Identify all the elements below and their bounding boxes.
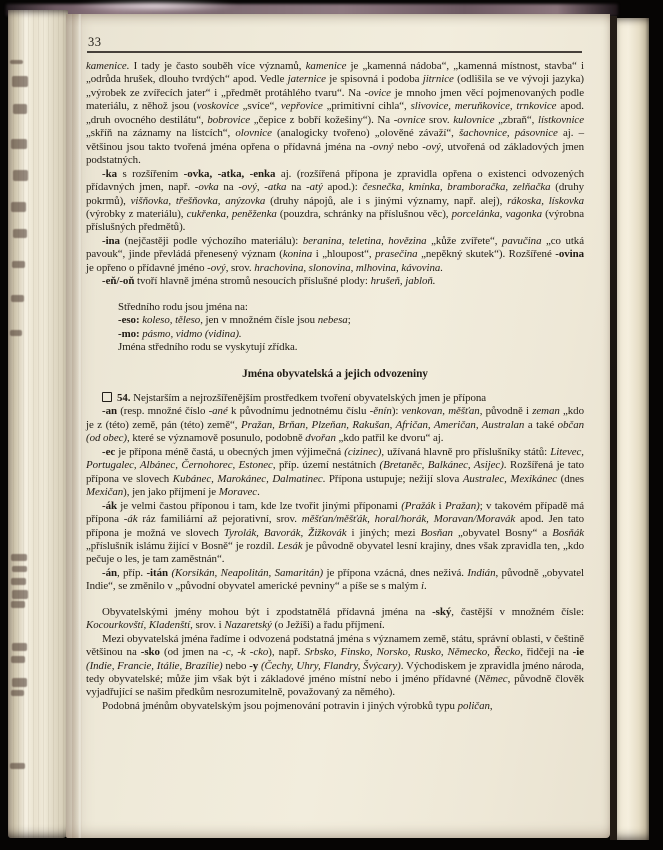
text-run: bobrovice	[207, 114, 250, 126]
text-run: , srov. i	[190, 619, 224, 631]
paragraph-sky: Obyvatelskými jmény mohou být i zpodstat…	[86, 606, 584, 633]
text-run: .	[257, 486, 260, 498]
text-run: -ový	[238, 181, 257, 193]
text-run: , řidčeji na	[520, 646, 572, 658]
text-run: slivovice, meruňkovice, trnkovice	[411, 100, 557, 112]
paragraph-an-itan: -án, příp. -itán (Korsikán, Neapolitán, …	[86, 567, 584, 594]
paragraph-kamenice: kamenice. I tady je často souběh více vý…	[86, 60, 584, 168]
text-run: višňovka, třešňovka, anýzovka	[131, 195, 266, 207]
text-run: Kubánec, Marokánec, Dalmatinec	[173, 473, 323, 485]
text-run: (pouzdra, schránky na příslušnou věc),	[277, 208, 452, 220]
text-run: vepřovice	[281, 100, 323, 112]
text-run: (Korsikán, Neapolitán, Samaritán)	[171, 567, 323, 579]
text-run: , příp. území nestátních	[273, 459, 380, 471]
section-marker-square-icon	[102, 392, 112, 402]
text-run: -mo:	[118, 328, 140, 340]
text-run: cukřenka, peněženka	[187, 208, 277, 220]
text-run: Srbsko, Finsko, Norsko, Rusko, Německo, …	[304, 646, 520, 658]
text-run: je přípona vzácná, dnes neživá.	[323, 567, 467, 579]
book-top-highlight	[70, 0, 240, 12]
page-edge-ink-mark	[11, 601, 25, 608]
page-edge-ink-mark	[11, 690, 24, 696]
paragraph-ina: -ina (nejčastěji podle výchozího materiá…	[86, 235, 584, 275]
text-run: je spisovná i podoba	[326, 73, 423, 85]
text-run: pásmo, vidmo (vidina).	[142, 328, 241, 340]
text-run: -ovný	[369, 141, 393, 153]
text-run: Jména obyvatelská a jejich odvozeniny	[242, 368, 428, 380]
text-run: -atý	[306, 181, 323, 193]
text-run: česnečka, kmínka, bramboračka, zelňačka	[362, 181, 550, 193]
text-run: „skříň na záznamy na lístcích“,	[86, 127, 235, 139]
text-run: zeman	[532, 405, 560, 417]
page-edge-ink-mark	[12, 678, 27, 687]
text-run: koleso, těleso	[142, 314, 200, 326]
page-edge-ink-mark	[13, 229, 27, 238]
text-run: a také	[524, 419, 557, 431]
text-run: Středního rodu jsou jména na:	[118, 301, 248, 313]
paragraph-54-intro: 54. Nejstarším a nejrozšířenějším prostř…	[86, 392, 584, 405]
text-run: „čepice z bobří kožešiny“). Na	[250, 114, 394, 126]
text-run: -ie	[573, 646, 584, 658]
text-run: konina	[283, 248, 312, 260]
text-run: (dnes	[557, 473, 584, 485]
text-run: 54.	[117, 392, 130, 404]
page-edge-ink-mark	[13, 170, 28, 181]
text-run: (o Ježíši) a řadu příjmení.	[272, 619, 385, 631]
text-run: -ák	[102, 500, 117, 512]
text-run: , častější v množném čísle:	[451, 606, 584, 618]
text-run: (Pražák	[401, 500, 435, 512]
page-edge-ink-mark	[12, 76, 28, 87]
text-run: -ovnice	[394, 114, 426, 126]
page-edge-ink-mark	[11, 656, 25, 663]
text-run: (cizinec)	[344, 446, 381, 458]
text-run: -itán	[146, 567, 168, 579]
text-run: Moravec	[219, 486, 257, 498]
text-run: Pražan, Brňan, Plzeňan, Rakušan, Afričan…	[241, 419, 524, 431]
text-run: je přípona méně častá, u obecných jmen v…	[115, 446, 344, 458]
page-number: 33	[88, 35, 102, 50]
text-run: (druhy nápojů, ale i s jinými významy, n…	[265, 195, 507, 207]
text-run: „zbraň“,	[495, 114, 538, 126]
text-run: -eso:	[118, 314, 140, 326]
text-run: (analogicky tvořeno) „olověné závaží“,	[272, 127, 459, 139]
text-run: (resp. množné číslo	[117, 405, 209, 417]
text-run: , příp.	[117, 567, 147, 579]
text-run: (Čechy, Uhry, Flandry, Švýcary)	[261, 660, 401, 672]
page-edge-ink-mark	[10, 60, 23, 64]
text-run: „svíce“,	[239, 100, 281, 112]
text-run: , jen v množném čísle jsou	[200, 314, 318, 326]
text-run: srov.	[425, 114, 453, 126]
line-stredniho-rodu: Středního rodu jsou jména na:	[118, 301, 584, 314]
text-run: Bosňan	[421, 527, 453, 539]
paragraph-ak: -ák je velmi častou příponou i tam, kde …	[86, 500, 584, 567]
page-edge-ink-mark	[11, 295, 24, 302]
text-run: „kdo patřil ke dvoru“ aj.	[336, 432, 444, 444]
page-edge-ink-mark	[12, 261, 25, 268]
page-edge-ink-mark	[11, 202, 26, 212]
text-run: -c, -k -cko	[222, 646, 268, 658]
text-run: je velmi častou příponou i tam, kde lze …	[117, 500, 401, 512]
text-run: ,	[490, 700, 493, 712]
text-run: ráz familiární až pejorativní, srov.	[138, 513, 302, 525]
text-run: voskovice	[197, 100, 239, 112]
text-run: rákoska, lískovka	[507, 195, 584, 207]
text-run: Indián	[467, 567, 495, 579]
text-run: -atka	[264, 181, 286, 193]
text-run: (nejčastěji podle výchozího materiálu):	[120, 235, 303, 247]
page-edge-ink-mark	[13, 104, 27, 114]
page-edge-ink-mark	[11, 139, 27, 149]
text-run: . Přípona ustupuje; nežijí slova	[323, 473, 463, 485]
text-run: „kůže zvířete“,	[427, 235, 502, 247]
paragraph-podobna: Podobná jménům obyvatelským jsou pojmeno…	[86, 700, 584, 713]
text-run: na	[286, 181, 306, 193]
text-run: , užívaná hlavně pro příslušníky států:	[381, 446, 550, 458]
text-run: -ka	[102, 168, 117, 180]
text-run: hrachovina, slonovina, mlhovina, kávovin…	[254, 262, 443, 274]
text-run: ), např.	[268, 646, 304, 658]
text-run: pavučina	[502, 235, 542, 247]
book-page-edges-left	[8, 10, 68, 838]
text-run: hrušeň, jabloň.	[371, 275, 436, 287]
text-run: tvoří hlavně jména stromů nesoucích přís…	[134, 275, 370, 287]
page-edge-ink-mark	[11, 554, 27, 561]
header-rule	[87, 51, 582, 53]
text-run: kamenice.	[86, 60, 129, 72]
text-run: venkovan, měšťan	[402, 405, 480, 417]
text-run: .	[424, 580, 427, 592]
paragraph-ka: -ka s rozšířením -ovka, -atka, -enka aj.…	[86, 168, 584, 235]
text-run: -y	[249, 660, 258, 672]
text-run: -an	[102, 405, 117, 417]
text-run: i „hloupost“,	[312, 248, 375, 260]
text-run: , které se významově posunulo, podobně	[127, 432, 305, 444]
page-edge-ink-mark	[12, 590, 28, 599]
text-run: ):	[392, 405, 402, 417]
text-run: Mexičan	[86, 486, 123, 498]
text-run: -ový	[207, 262, 226, 274]
text-run: „obyvatel Bosny“ a	[453, 527, 552, 539]
page-edge-ink-mark	[10, 330, 22, 336]
line-zridka: Jména středního rodu se vyskytují zřídka…	[118, 341, 584, 354]
text-run: -ané	[209, 405, 228, 417]
text-run: kamenice	[306, 60, 347, 72]
line-mo: -mo: pásmo, vidmo (vidina).	[118, 328, 584, 341]
text-run: -án	[102, 567, 117, 579]
text-run: prasečina	[375, 248, 418, 260]
text-run: -eň/-oň	[102, 275, 134, 287]
text-run: , původně i	[480, 405, 532, 417]
text-run: (od jmen na	[160, 646, 222, 658]
text-run: nebo	[393, 141, 422, 153]
text-run: I tady je často souběh více významů,	[129, 60, 305, 72]
text-run: i jiných; mezi	[347, 527, 421, 539]
text-run: ), jen jako příjmení je	[123, 486, 219, 498]
text-run: -ovice	[365, 87, 391, 99]
page-edge-shadow	[610, 16, 617, 840]
paragraph-sko: Mezi obyvatelská jména řadíme i odvozená…	[86, 633, 584, 700]
text-run: na	[219, 181, 239, 193]
text-run: -ovka	[195, 181, 219, 193]
text-run: (Indie, Francie, Itálie, Brazílie)	[86, 660, 223, 672]
text-run: porcelánka, vagonka	[452, 208, 542, 220]
text-run: šachovnice, pásovnice	[459, 127, 558, 139]
paragraph-an: -an (resp. množné číslo -ané k původnímu…	[86, 405, 584, 445]
text-run: jitrnice	[423, 73, 454, 85]
page-edge-ink-mark	[12, 643, 27, 651]
text-run: Pražan)	[445, 500, 480, 512]
book-page-edges-right	[617, 18, 649, 840]
text-run: beranina, teletina, hovězina	[303, 235, 427, 247]
page-edge-ink-mark	[10, 763, 25, 769]
text-run: Podobná jménům obyvatelským jsou pojmeno…	[102, 700, 458, 712]
page-edge-ink-mark	[12, 566, 27, 572]
text-run: Lesák	[277, 540, 302, 552]
text-run: , srov.	[226, 262, 255, 274]
text-run: apod.):	[323, 181, 363, 193]
text-run: -ák	[124, 513, 138, 525]
text-run: -ěnín	[370, 405, 392, 417]
text-run: (výrobky z materiálu),	[86, 208, 187, 220]
line-eso: -eso: koleso, těleso, jen v množném čísl…	[118, 314, 584, 327]
text-run: dvořan	[305, 432, 336, 444]
paragraph-ec: -ec je přípona méně častá, u obecných jm…	[86, 446, 584, 500]
text-run: k původnímu jednotnému číslu	[228, 405, 370, 417]
text-run: Nazaretský	[224, 619, 272, 631]
text-run: -ový	[422, 141, 441, 153]
section-heading: Jména obyvatelská a jejich odvozeniny	[86, 368, 584, 381]
text-run: Obyvatelskými jmény mohou být i zpodstat…	[102, 606, 432, 618]
text-run: (Bretaněc, Balkánec, Asijec)	[380, 459, 504, 471]
text-run: Bosňák	[552, 527, 584, 539]
text-run: „příslušník islámu žijící v Bosně“ je ro…	[86, 540, 277, 552]
text-run: nebesa	[318, 314, 348, 326]
text-run: ;	[348, 314, 351, 326]
text-run: -sko	[141, 646, 160, 658]
paragraph-en-on: -eň/-oň tvoří hlavně jména stromů nesouc…	[86, 275, 584, 288]
text-run: -ina	[102, 235, 120, 247]
text-run: „primitivní cihla“,	[323, 100, 411, 112]
text-run: Kocourkovští, Kladenští	[86, 619, 190, 631]
text-run: nebo	[223, 660, 250, 672]
text-run: je opřeno o přídavné jméno	[86, 262, 207, 274]
text-run: Australec, Mexikánec	[463, 473, 557, 485]
page-edge-ink-mark	[11, 578, 26, 585]
text-run: Tyrolák, Bavorák, Žižkovák	[224, 527, 347, 539]
book-scan: 33 kamenice. I tady je často souběh více…	[0, 0, 663, 850]
text-run: poličan	[458, 700, 490, 712]
text-run: měšťan/měšťák, horal/horák, Moravan/Mora…	[302, 513, 515, 525]
text-run: -ec	[102, 446, 115, 458]
text-run: Nejstarším a nejrozšířenějším prostředke…	[130, 392, 486, 404]
text-run: olovnice	[235, 127, 272, 139]
text-run: kulovnice	[453, 114, 494, 126]
text-run: -ovina	[555, 248, 584, 260]
text-run: -ovka, -atka, -enka	[184, 168, 276, 180]
text-run: -ský	[432, 606, 451, 618]
text-run: jaternice	[288, 73, 326, 85]
text-run: i	[435, 500, 445, 512]
text-run: „nepěkný skutek“). Rozšířené	[418, 248, 556, 260]
text-run: Němec	[478, 673, 507, 685]
book-page: 33 kamenice. I tady je často souběh více…	[66, 14, 610, 838]
text-run: s rozšířením	[117, 168, 184, 180]
text-column: kamenice. I tady je často souběh více vý…	[86, 60, 584, 713]
text-run: Jména středního rodu se vyskytují zřídka…	[118, 341, 297, 353]
text-run: lístkovnice	[538, 114, 584, 126]
